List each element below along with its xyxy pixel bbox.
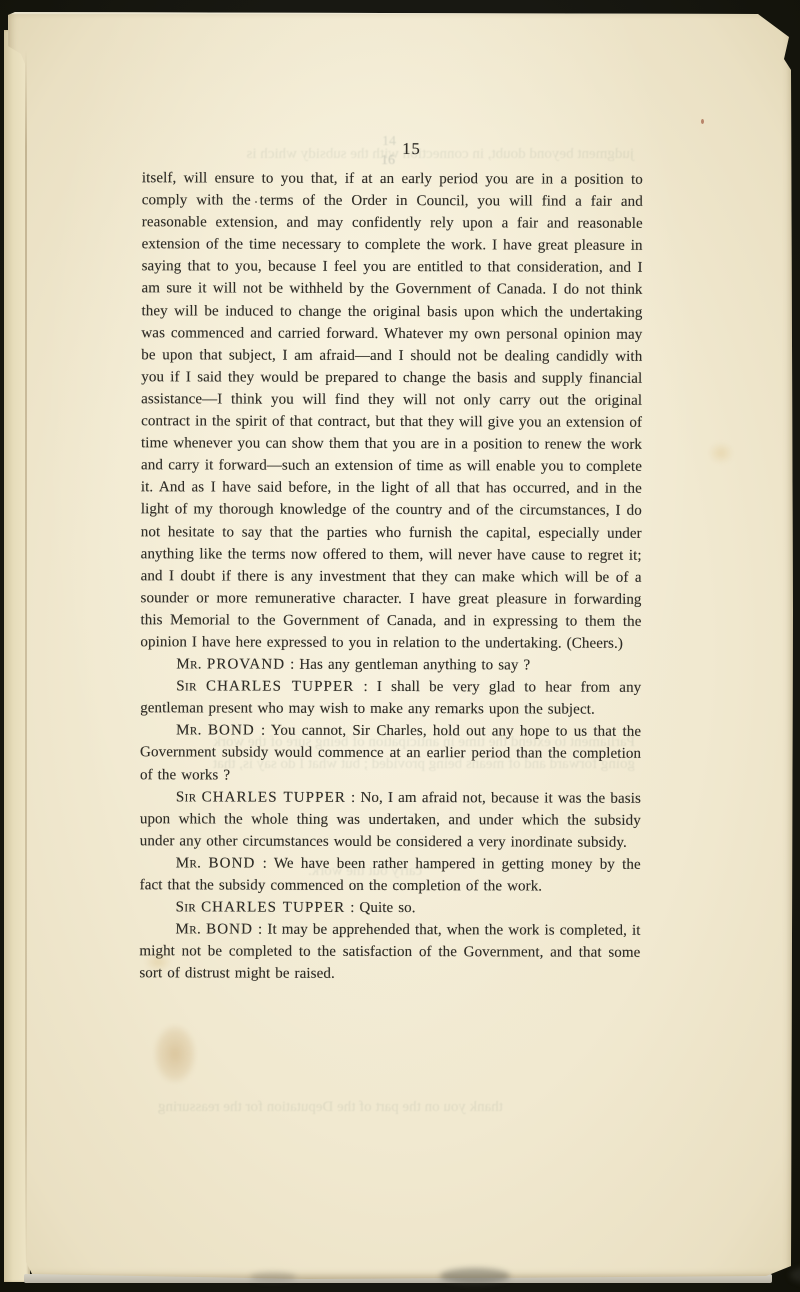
page-fold-crease	[25, 50, 27, 1264]
dialogue-paragraph: Mr. BOND : You cannot, Sir Charles, hold…	[140, 720, 641, 788]
speaker-separator: :	[346, 789, 361, 805]
dialogue-paragraph: Sir CHARLES TUPPER : I shall be very gla…	[140, 675, 641, 721]
dialogue-paragraph: Mr. BOND : It may be apprehended that, w…	[139, 918, 640, 986]
dialogue-paragraph: Mr. PROVAND : Has any gentleman anything…	[140, 653, 641, 677]
speaker-honorific: Mr.	[175, 922, 201, 938]
ink-speck	[701, 119, 704, 124]
dialogue-list: Mr. PROVAND : Has any gentleman anything…	[139, 653, 641, 986]
speaker-honorific: Mr.	[176, 855, 202, 871]
scan-background: judgment beyond doubt, in connection wit…	[0, 0, 800, 1292]
speaker-honorific: Sir	[176, 899, 197, 915]
speaker-separator: :	[354, 679, 377, 695]
speaker-label: Sir CHARLES TUPPER	[176, 678, 354, 695]
speaker-label: Mr. BOND	[175, 922, 253, 938]
book-page: judgment beyond doubt, in connection wit…	[8, 12, 794, 1280]
speaker-separator: :	[345, 900, 359, 916]
edge-shadow	[790, 1266, 800, 1284]
bleedthrough-text: thank you on the part of the Deputation …	[158, 1099, 503, 1116]
speaker-honorific: Sir	[176, 678, 197, 694]
speech-text: Quite so.	[359, 900, 415, 916]
speaker-name: CHARLES TUPPER	[202, 789, 346, 805]
page-number: 15	[142, 138, 643, 160]
text-block: 15 itself, will ensure to you that, if a…	[139, 138, 643, 986]
speaker-separator: :	[285, 657, 299, 673]
speaker-honorific: Sir	[176, 789, 197, 805]
dialogue-paragraph: Sir CHARLES TUPPER : No, I am afraid not…	[140, 786, 641, 854]
speaker-label: Sir CHARLES TUPPER	[176, 789, 346, 806]
speaker-separator: :	[255, 855, 273, 871]
speaker-label: Mr. PROVAND	[176, 656, 285, 672]
speaker-separator: :	[255, 723, 271, 739]
speaker-label: Sir CHARLES TUPPER	[176, 899, 346, 916]
speaker-label: Mr. BOND	[176, 723, 255, 739]
opening-paragraph: itself, will ensure to you that, if at a…	[140, 167, 643, 655]
speaker-name: BOND	[209, 855, 256, 871]
fingerprint-stain	[154, 1025, 196, 1083]
speaker-label: Mr. BOND	[176, 855, 256, 871]
dialogue-paragraph: Sir CHARLES TUPPER : Quite so.	[140, 896, 641, 920]
speaker-honorific: Mr.	[176, 723, 202, 739]
speaker-honorific: Mr.	[176, 656, 202, 672]
dialogue-paragraph: Mr. BOND : We have been rather hampered …	[140, 852, 641, 898]
speaker-name: CHARLES TUPPER	[206, 679, 354, 695]
paper-stain	[708, 442, 734, 464]
speaker-name: CHARLES TUPPER	[201, 899, 345, 915]
speaker-separator: :	[253, 922, 267, 938]
speaker-name: BOND	[206, 922, 253, 938]
speaker-name: PROVAND	[207, 656, 285, 672]
speaker-name: BOND	[208, 723, 255, 739]
speech-text: Has any gentleman anything to say ?	[299, 657, 530, 674]
